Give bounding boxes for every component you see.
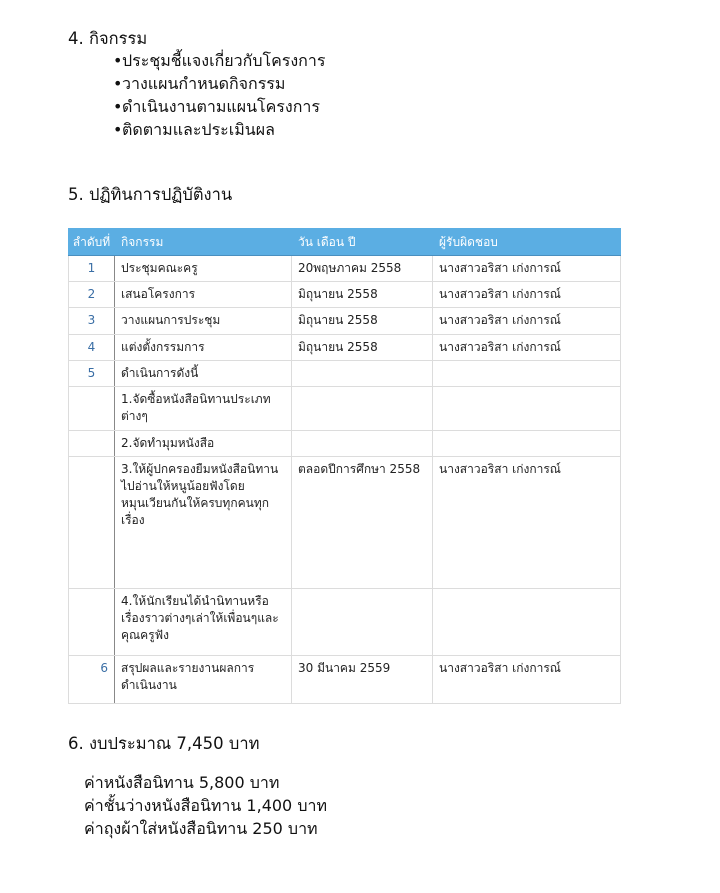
cell-date: [292, 387, 433, 431]
table-row: 2เสนอโครงการมิถุนายน 2558นางสาวอริสา เก่…: [69, 282, 621, 308]
budget-line: ค่าถุงผ้าใส่หนังสือนิทาน 250 บาท: [84, 817, 327, 840]
cell-activity: วางแผนการประชุม: [115, 308, 292, 335]
table-row: 4แต่งตั้งกรรมการมิถุนายน 2558นางสาวอริสา…: [69, 335, 621, 361]
cell-activity: 4.ให้นักเรียนได้นำนิทานหรือเรื่องราวต่าง…: [115, 589, 292, 656]
list-item: •วางแผนกำหนดกิจกรรม: [113, 72, 325, 95]
cell-owner: นางสาวอริสา เก่งการณ์: [433, 335, 621, 361]
cell-no: 1: [69, 256, 115, 282]
cell-no: 4: [69, 335, 115, 361]
budget-line: ค่าชั้นว่างหนังสือนิทาน 1,400 บาท: [84, 794, 327, 817]
cell-no: [69, 589, 115, 656]
cell-date: [292, 589, 433, 656]
budget-breakdown: ค่าหนังสือนิทาน 5,800 บาท ค่าชั้นว่างหนั…: [84, 771, 327, 840]
cell-date: มิถุนายน 2558: [292, 282, 433, 308]
cell-date: มิถุนายน 2558: [292, 335, 433, 361]
bullet-icon: •: [113, 49, 122, 72]
table-row: 6สรุปผลและรายงานผลการดำเนินงาน30 มีนาคม …: [69, 656, 621, 704]
cell-activity: แต่งตั้งกรรมการ: [115, 335, 292, 361]
cell-date: 20พฤษภาคม 2558: [292, 256, 433, 282]
cell-date: 30 มีนาคม 2559: [292, 656, 433, 704]
bullet-icon: •: [113, 118, 122, 141]
column-header-no: ลำดับที่: [69, 229, 115, 256]
cell-owner: นางสาวอริสา เก่งการณ์: [433, 308, 621, 335]
cell-activity: 3.ให้ผู้ปกครองยืมหนังสือนิทานไปอ่านให้หน…: [115, 457, 292, 589]
table-header-row: ลำดับที่ กิจกรรม วัน เดือน ปี ผู้รับผิดช…: [69, 229, 621, 256]
cell-activity: ประชุมคณะครู: [115, 256, 292, 282]
table-row: 1ประชุมคณะครู20พฤษภาคม 2558นางสาวอริสา เ…: [69, 256, 621, 282]
list-item: •ประชุมชี้แจงเกี่ยวกับโครงการ: [113, 49, 325, 72]
list-item: •ติดตามและประเมินผล: [113, 118, 325, 141]
cell-date: [292, 431, 433, 457]
cell-activity: 1.จัดซื้อหนังสือนิทานประเภทต่างๆ: [115, 387, 292, 431]
cell-no: [69, 387, 115, 431]
cell-no: 6: [69, 656, 115, 704]
cell-no: [69, 457, 115, 589]
column-header-date: วัน เดือน ปี: [292, 229, 433, 256]
cell-no: 5: [69, 361, 115, 387]
table-row: 1.จัดซื้อหนังสือนิทานประเภทต่างๆ: [69, 387, 621, 431]
column-header-owner: ผู้รับผิดชอบ: [433, 229, 621, 256]
cell-owner: [433, 431, 621, 457]
cell-activity: สรุปผลและรายงานผลการดำเนินงาน: [115, 656, 292, 704]
section-6-title: 6. งบประมาณ 7,450 บาท: [68, 731, 260, 757]
cell-date: [292, 361, 433, 387]
cell-activity: เสนอโครงการ: [115, 282, 292, 308]
section-5-title: 5. ปฏิทินการปฏิบัติงาน: [68, 182, 232, 208]
cell-date: ตลอดปีการศึกษา 2558: [292, 457, 433, 589]
budget-line: ค่าหนังสือนิทาน 5,800 บาท: [84, 771, 327, 794]
cell-activity: 2.จัดทำมุมหนังสือ: [115, 431, 292, 457]
bullet-icon: •: [113, 72, 122, 95]
cell-owner: นางสาวอริสา เก่งการณ์: [433, 282, 621, 308]
list-item: •ดำเนินงานตามแผนโครงการ: [113, 95, 325, 118]
cell-activity: ดำเนินการดังนี้: [115, 361, 292, 387]
schedule-table: ลำดับที่ กิจกรรม วัน เดือน ปี ผู้รับผิดช…: [68, 228, 621, 704]
cell-date: มิถุนายน 2558: [292, 308, 433, 335]
column-header-activity: กิจกรรม: [115, 229, 292, 256]
bullet-icon: •: [113, 95, 122, 118]
cell-owner: [433, 387, 621, 431]
cell-owner: นางสาวอริสา เก่งการณ์: [433, 656, 621, 704]
table-row: 3วางแผนการประชุมมิถุนายน 2558นางสาวอริสา…: [69, 308, 621, 335]
table-row: 2.จัดทำมุมหนังสือ: [69, 431, 621, 457]
table-row: 4.ให้นักเรียนได้นำนิทานหรือเรื่องราวต่าง…: [69, 589, 621, 656]
cell-owner: นางสาวอริสา เก่งการณ์: [433, 457, 621, 589]
cell-no: 2: [69, 282, 115, 308]
cell-no: 3: [69, 308, 115, 335]
table-row: 3.ให้ผู้ปกครองยืมหนังสือนิทานไปอ่านให้หน…: [69, 457, 621, 589]
table-row: 5ดำเนินการดังนี้: [69, 361, 621, 387]
cell-owner: นางสาวอริสา เก่งการณ์: [433, 256, 621, 282]
cell-no: [69, 431, 115, 457]
cell-owner: [433, 361, 621, 387]
activity-list: •ประชุมชี้แจงเกี่ยวกับโครงการ •วางแผนกำห…: [113, 49, 325, 141]
cell-owner: [433, 589, 621, 656]
